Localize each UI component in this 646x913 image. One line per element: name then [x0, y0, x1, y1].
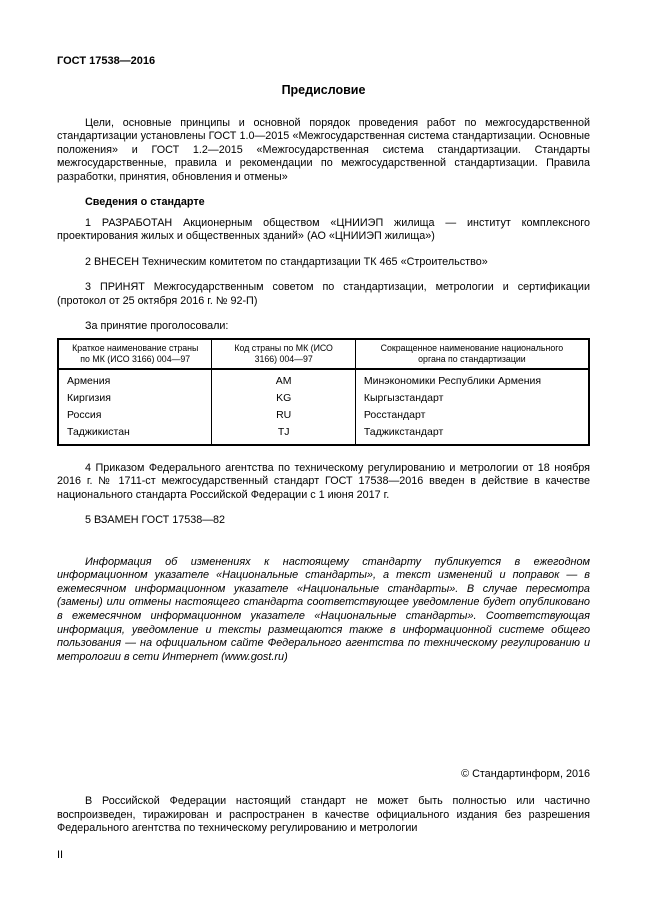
- cell-country: Россия: [58, 407, 212, 424]
- table-header-org: Сокращенное наименование национального о…: [355, 339, 589, 369]
- table-header-row: Краткое наименование страны по МК (ИСО 3…: [58, 339, 589, 369]
- standard-info-heading: Сведения о стандарте: [85, 196, 590, 208]
- cell-org: Росстандарт: [355, 407, 589, 424]
- page-number: II: [57, 849, 590, 861]
- cell-country: Таджикистан: [58, 424, 212, 445]
- document-page: ГОСТ 17538—2016 Предисловие Цели, основн…: [0, 0, 646, 913]
- cell-country: Армения: [58, 369, 212, 390]
- standard-info-item-5: 5 ВЗАМЕН ГОСТ 17538—82: [57, 514, 590, 527]
- table-row: Таджикистан TJ Таджикстандарт: [58, 424, 589, 445]
- table-header-code: Код страны по МК (ИСО 3166) 004—97: [212, 339, 355, 369]
- cell-code: TJ: [212, 424, 355, 445]
- cell-org: Кыргызстандарт: [355, 390, 589, 407]
- table-header-country: Краткое наименование страны по МК (ИСО 3…: [58, 339, 212, 369]
- page-title: Предисловие: [57, 83, 590, 97]
- standard-info-item-4: 4 Приказом Федерального агентства по тех…: [57, 462, 590, 502]
- cell-org: Таджикстандарт: [355, 424, 589, 445]
- table-row: Россия RU Росстандарт: [58, 407, 589, 424]
- table-row: Киргизия KG Кыргызстандарт: [58, 390, 589, 407]
- cell-code: KG: [212, 390, 355, 407]
- cell-country: Киргизия: [58, 390, 212, 407]
- standard-info-item-3: 3 ПРИНЯТ Межгосударственным советом по с…: [57, 281, 590, 308]
- intro-paragraph: Цели, основные принципы и основной поряд…: [57, 117, 590, 184]
- cell-code: RU: [212, 407, 355, 424]
- doc-number: ГОСТ 17538—2016: [57, 55, 590, 67]
- copyright-line: © Стандартинформ, 2016: [57, 768, 590, 780]
- amendments-notice: Информация об изменениях к настоящему ст…: [57, 556, 590, 665]
- vote-intro: За принятие проголосовали:: [85, 320, 590, 332]
- cell-code: AM: [212, 369, 355, 390]
- cell-org: Минэкономики Республики Армения: [355, 369, 589, 390]
- standard-info-item-2: 2 ВНЕСЕН Техническим комитетом по станда…: [57, 256, 590, 269]
- reproduction-restriction: В Российской Федерации настоящий стандар…: [57, 795, 590, 835]
- standard-info-item-1: 1 РАЗРАБОТАН Акционерным обществом «ЦНИИ…: [57, 217, 590, 244]
- vote-table: Краткое наименование страны по МК (ИСО 3…: [57, 338, 590, 446]
- table-row: Армения AM Минэкономики Республики Армен…: [58, 369, 589, 390]
